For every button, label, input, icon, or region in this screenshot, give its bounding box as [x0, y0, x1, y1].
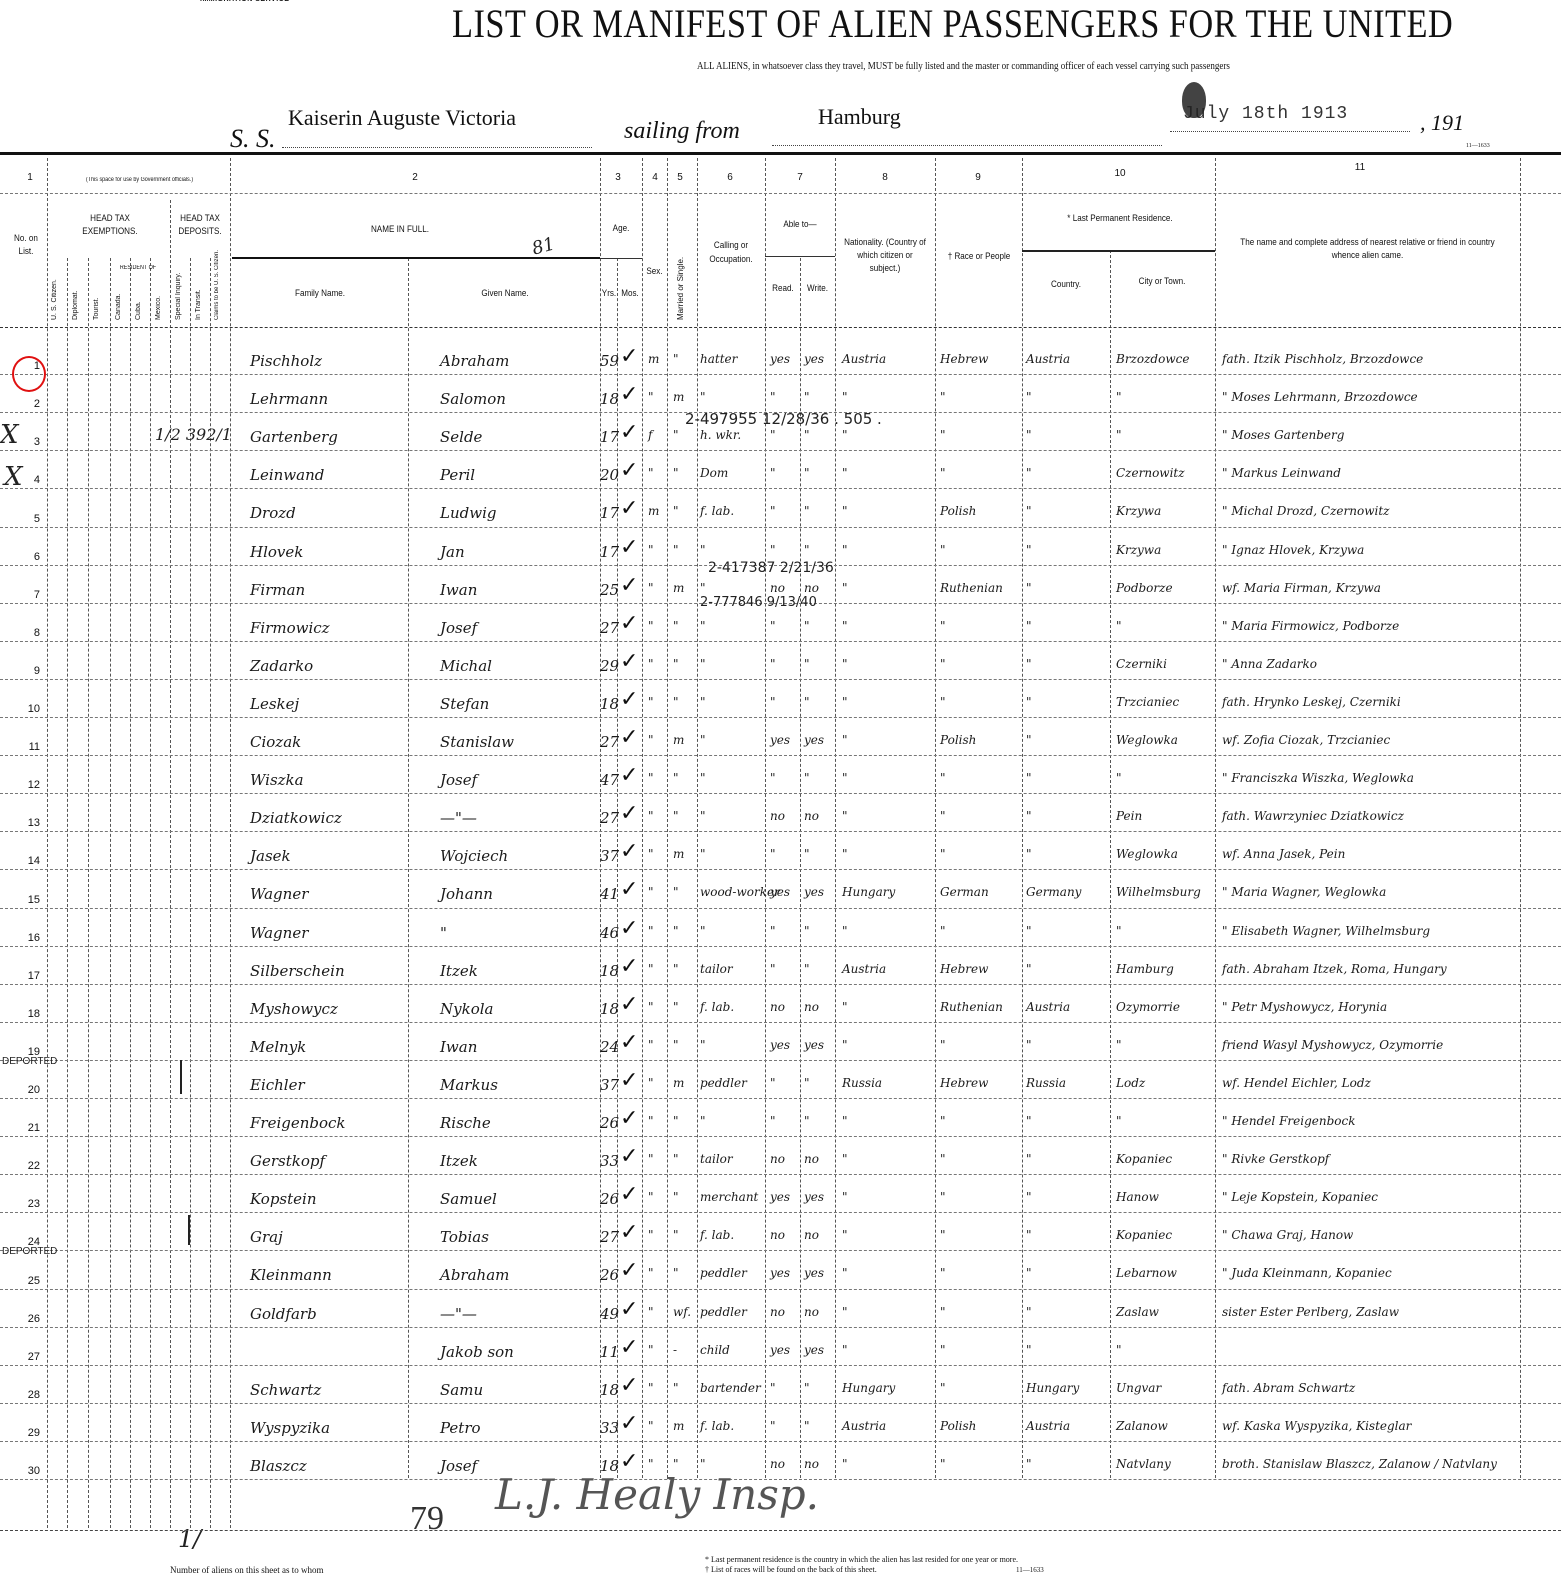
- document-subtitle: ALL ALIENS, in whatsoever class they tra…: [697, 60, 1230, 72]
- read-cell: ": [770, 771, 776, 785]
- grid-line: [800, 258, 801, 1478]
- checkmark-icon: ✓: [620, 649, 638, 674]
- nationality-cell: ": [842, 733, 848, 747]
- country-cell: ": [1026, 733, 1032, 747]
- read-cell: ": [770, 1419, 776, 1433]
- city-cell: Kopaniec: [1116, 1152, 1172, 1166]
- race-cell: ": [940, 809, 946, 823]
- age-cell: 17: [600, 428, 619, 446]
- sailing-date: July 18th 1913: [1183, 104, 1348, 124]
- checkmark-icon: ✓: [620, 573, 638, 598]
- read-cell: yes: [770, 733, 790, 747]
- family-name-cell: Ciozak: [250, 733, 301, 751]
- row-number: 12: [10, 779, 40, 791]
- row-rule: [0, 1174, 1561, 1175]
- marital-status-cell: ": [673, 543, 679, 557]
- row-number: 23: [10, 1198, 40, 1210]
- column-number: 8: [875, 172, 895, 183]
- checkmark-icon: ✓: [620, 1068, 638, 1093]
- marital-status-cell: ": [673, 619, 679, 633]
- row-rule: [0, 831, 1561, 832]
- grid-line: [765, 158, 766, 1478]
- age-cell: 18: [600, 1000, 619, 1018]
- read-cell: no: [770, 1305, 785, 1319]
- row-rule: [0, 908, 1561, 909]
- nationality-cell: ": [842, 390, 848, 404]
- race-cell: Polish: [940, 504, 976, 518]
- family-name-cell: Gartenberg: [250, 428, 338, 446]
- row-number: 6: [10, 551, 40, 563]
- read-cell: ": [770, 657, 776, 671]
- marital-status-cell: ": [673, 466, 679, 480]
- occupation-cell: ": [700, 657, 706, 671]
- race-cell: ": [940, 1152, 946, 1166]
- certificate-stamp: 2-777846 9/13/40: [700, 595, 817, 610]
- certificate-stamp: 2-417387 2/21/36: [708, 560, 834, 576]
- marital-status-cell: ": [673, 1266, 679, 1280]
- row-number: 11: [10, 741, 40, 753]
- nationality-cell: ": [842, 1000, 848, 1014]
- family-name-cell: Wiszka: [250, 771, 304, 789]
- tally-mark: [188, 1215, 190, 1245]
- marital-status-cell: ": [673, 1000, 679, 1014]
- column-number: 6: [720, 172, 740, 183]
- sex-cell: ": [648, 885, 654, 899]
- row-number: 26: [10, 1313, 40, 1325]
- row-rule: [0, 793, 1561, 794]
- given-name-cell: —"—: [440, 1305, 477, 1323]
- write-cell: no: [804, 809, 819, 823]
- occupation-cell: ": [700, 733, 706, 747]
- read-cell: ": [770, 847, 776, 861]
- nationality-cell: Austria: [842, 352, 886, 366]
- country-cell: ": [1026, 581, 1032, 595]
- city-cell: Lodz: [1116, 1076, 1145, 1090]
- race-cell: ": [940, 924, 946, 938]
- family-name-cell: Jasek: [250, 847, 291, 865]
- city-header: City or Town.: [1117, 275, 1207, 288]
- nationality-cell: ": [842, 466, 848, 480]
- relative-cell: " Leje Kopstein, Kopaniec: [1222, 1190, 1378, 1204]
- given-name-cell: Johann: [440, 885, 493, 903]
- name-in-full-header: NAME IN FULL.: [337, 223, 463, 236]
- checkmark-icon: ✓: [620, 1335, 638, 1360]
- race-cell: ": [940, 695, 946, 709]
- sex-cell: ": [648, 1457, 654, 1471]
- sex-cell: ": [648, 1228, 654, 1242]
- read-cell: ": [770, 1076, 776, 1090]
- marital-status-cell: ": [673, 885, 679, 899]
- given-name-cell: Abraham: [440, 1266, 509, 1284]
- nationality-cell: ": [842, 504, 848, 518]
- checkmark-icon: ✓: [620, 1220, 638, 1245]
- head-tax-deposits-header: HEAD TAX DEPOSITS.: [175, 212, 225, 238]
- age-cell: 27: [600, 619, 619, 637]
- sex-header: Sex.: [643, 265, 666, 278]
- relative-cell: " Ignaz Hlovek, Krzywa: [1222, 543, 1364, 557]
- row-rule: [0, 374, 1561, 375]
- occupation-cell: f. lab.: [700, 1228, 734, 1242]
- checkmark-icon: ✓: [620, 763, 638, 788]
- family-name-cell: Lehrmann: [250, 390, 328, 408]
- nationality-cell: ": [842, 809, 848, 823]
- country-cell: ": [1026, 543, 1032, 557]
- relative-cell: wf. Anna Jasek, Pein: [1222, 847, 1345, 861]
- family-name-cell: Goldfarb: [250, 1305, 317, 1323]
- race-cell: ": [940, 1343, 946, 1357]
- city-cell: Krzywa: [1116, 504, 1161, 518]
- marital-status-cell: wf.: [673, 1305, 691, 1319]
- write-cell: no: [804, 1000, 819, 1014]
- occupation-cell: peddler: [700, 1076, 747, 1090]
- write-cell: no: [804, 581, 819, 595]
- relative-cell: " Anna Zadarko: [1222, 657, 1317, 671]
- nationality-header: Nationality. (Country of which citizen o…: [843, 236, 928, 275]
- country-cell: ": [1026, 1190, 1032, 1204]
- row-rule: [0, 717, 1561, 718]
- row-rule: [0, 1250, 1561, 1251]
- grid-line: [210, 258, 211, 1528]
- column-number: 11: [1350, 162, 1370, 173]
- race-cell: ": [940, 1305, 946, 1319]
- write-cell: no: [804, 1305, 819, 1319]
- column-number: 2: [405, 172, 425, 183]
- head-tax-exemptions-header: HEAD TAX EXEMPTIONS.: [74, 212, 146, 238]
- sex-cell: ": [648, 1419, 654, 1433]
- in-transit-header: In Transit.: [195, 266, 202, 320]
- tally-mark: [180, 1060, 182, 1094]
- city-cell: Natvlany: [1116, 1457, 1171, 1471]
- header-rule: [1022, 250, 1215, 252]
- age-cell: 37: [600, 1076, 619, 1094]
- relative-cell: " Maria Firmowicz, Podborze: [1222, 619, 1399, 633]
- header-rule: [600, 258, 642, 259]
- race-cell: Hebrew: [940, 962, 988, 976]
- checkmark-icon: ✓: [620, 1030, 638, 1055]
- ss-label: S. S.: [230, 124, 276, 154]
- checkmark-icon: ✓: [620, 535, 638, 560]
- read-cell: ": [770, 695, 776, 709]
- write-cell: ": [804, 695, 810, 709]
- write-cell: yes: [804, 1190, 824, 1204]
- write-cell: ": [804, 390, 810, 404]
- marital-status-cell: ": [673, 924, 679, 938]
- nationality-cell: ": [842, 1228, 848, 1242]
- deported-stamp: DEPORTED: [2, 1056, 57, 1067]
- row-rule: [0, 984, 1561, 985]
- age-cell: 24: [600, 1038, 619, 1056]
- no-on-list-header: No. on List.: [10, 232, 42, 258]
- x-mark: X: [0, 420, 19, 450]
- nationality-cell: ": [842, 428, 848, 442]
- race-cell: ": [940, 1114, 946, 1128]
- race-cell: ": [940, 1228, 946, 1242]
- row-rule: [0, 755, 1561, 756]
- row-number: 9: [10, 665, 40, 677]
- age-cell: 29: [600, 657, 619, 675]
- marital-status-cell: ": [673, 771, 679, 785]
- relative-cell: fath. Wawrzyniec Dziatkowicz: [1222, 809, 1404, 823]
- deported-stamp: DEPORTED: [2, 1246, 57, 1257]
- age-cell: 46: [600, 924, 619, 942]
- column-number: 1: [20, 172, 40, 183]
- country-cell: ": [1026, 504, 1032, 518]
- city-cell: ": [1116, 1114, 1122, 1128]
- ship-name-line: [282, 147, 592, 148]
- family-name-cell: Eichler: [250, 1076, 305, 1094]
- row-rule: [0, 641, 1561, 642]
- read-cell: ": [770, 504, 776, 518]
- row-rule: [0, 1289, 1561, 1290]
- given-name-cell: Iwan: [440, 1038, 477, 1056]
- nationality-cell: ": [842, 543, 848, 557]
- given-name-cell: Josef: [440, 619, 477, 637]
- x-mark: X: [4, 462, 23, 492]
- sex-cell: ": [648, 695, 654, 709]
- relative-cell: wf. Hendel Eichler, Lodz: [1222, 1076, 1371, 1090]
- given-name-cell: Samuel: [440, 1190, 497, 1208]
- city-cell: ": [1116, 619, 1122, 633]
- family-name-cell: Kopstein: [250, 1190, 317, 1208]
- grid-line: [935, 158, 936, 1478]
- sex-cell: ": [648, 809, 654, 823]
- relative-cell: sister Ester Perlberg, Zaslaw: [1222, 1305, 1399, 1319]
- occupation-cell: child: [700, 1343, 730, 1357]
- nearest-relative-header: The name and complete address of nearest…: [1239, 236, 1496, 262]
- row-number: 17: [10, 970, 40, 982]
- grid-line: [1215, 158, 1216, 1478]
- write-cell: ": [804, 657, 810, 671]
- family-name-cell: Dziatkowicz: [250, 809, 342, 827]
- relative-cell: " Moses Lehrmann, Brzozdowce: [1222, 390, 1418, 404]
- city-cell: ": [1116, 771, 1122, 785]
- header-rule: [232, 257, 600, 259]
- age-cell: 18: [600, 1381, 619, 1399]
- occupation-cell: peddler: [700, 1305, 747, 1319]
- nationality-cell: ": [842, 771, 848, 785]
- given-name-cell: Jan: [440, 543, 465, 561]
- checkmark-icon: ✓: [620, 458, 638, 483]
- race-cell: ": [940, 1457, 946, 1471]
- age-cell: 59: [600, 352, 619, 370]
- race-cell: ": [940, 657, 946, 671]
- row-rule: [0, 1060, 1561, 1061]
- race-cell: Ruthenian: [940, 1000, 1003, 1014]
- mexico-header: Mexico.: [155, 270, 162, 320]
- read-cell: ": [770, 962, 776, 976]
- checkmark-icon: ✓: [620, 1182, 638, 1207]
- sex-cell: ": [648, 657, 654, 671]
- checkmark-icon: ✓: [620, 992, 638, 1017]
- family-name-cell: Wagner: [250, 885, 308, 903]
- relative-cell: " Petr Myshowycz, Horynia: [1222, 1000, 1387, 1014]
- country-cell: ": [1026, 1457, 1032, 1471]
- country-cell: ": [1026, 962, 1032, 976]
- occupation-cell: ": [700, 543, 706, 557]
- diplomat-header: Diplomat.: [72, 270, 79, 320]
- checkmark-icon: ✓: [620, 839, 638, 864]
- city-cell: Brzozdowce: [1116, 352, 1189, 366]
- occupation-cell: ": [700, 1457, 706, 1471]
- country-cell: ": [1026, 1266, 1032, 1280]
- city-cell: Wilhelmsburg: [1116, 885, 1201, 899]
- row-number: 30: [10, 1465, 40, 1477]
- checkmark-icon: ✓: [620, 725, 638, 750]
- read-cell: ": [770, 390, 776, 404]
- race-cell: German: [940, 885, 989, 899]
- occupation-cell: bartender: [700, 1381, 761, 1395]
- read-cell: yes: [770, 1266, 790, 1280]
- checkmark-icon: ✓: [620, 1106, 638, 1131]
- row-number: 5: [10, 513, 40, 525]
- city-cell: ": [1116, 1038, 1122, 1052]
- read-cell: ": [770, 1381, 776, 1395]
- city-cell: Zaslaw: [1116, 1305, 1159, 1319]
- write-cell: ": [804, 962, 810, 976]
- given-name-cell: Rische: [440, 1114, 491, 1132]
- relative-cell: " Franciszka Wiszka, Weglowka: [1222, 771, 1414, 785]
- country-cell: ": [1026, 1228, 1032, 1242]
- relative-cell: fath. Abram Schwartz: [1222, 1381, 1355, 1395]
- row-rule: [0, 1403, 1561, 1404]
- grid-line: [190, 258, 191, 1528]
- occupation-cell: f. lab.: [700, 1419, 734, 1433]
- age-cell: 17: [600, 504, 619, 522]
- column-number: 10: [1110, 168, 1130, 179]
- nationality-cell: Austria: [842, 962, 886, 976]
- read-cell: no: [770, 1457, 785, 1471]
- relative-cell: " Juda Kleinmann, Kopaniec: [1222, 1266, 1392, 1280]
- checkmark-icon: ✓: [620, 1297, 638, 1322]
- marital-status-cell: ": [673, 1190, 679, 1204]
- port-of-departure: Hamburg: [818, 104, 901, 130]
- nationality-cell: ": [842, 1266, 848, 1280]
- country-cell: ": [1026, 695, 1032, 709]
- relative-cell: fath. Itzik Pischholz, Brzozdowce: [1222, 352, 1423, 366]
- city-cell: Podborze: [1116, 581, 1173, 595]
- family-name-cell: Freigenbock: [250, 1114, 346, 1132]
- city-cell: Kopaniec: [1116, 1228, 1172, 1242]
- checkmark-icon: ✓: [620, 954, 638, 979]
- race-cell: ": [940, 390, 946, 404]
- year-label: , 191: [1420, 110, 1464, 136]
- family-name-cell: Schwartz: [250, 1381, 321, 1399]
- country-cell: Austria: [1026, 352, 1070, 366]
- sex-cell: f: [648, 428, 652, 442]
- country-cell: ": [1026, 1305, 1032, 1319]
- row-rule: [0, 1098, 1561, 1099]
- marital-status-cell: ": [673, 1381, 679, 1395]
- country-cell: Germany: [1026, 885, 1081, 899]
- marital-status-cell: ": [673, 1038, 679, 1052]
- race-cell: Ruthenian: [940, 581, 1003, 595]
- given-name-cell: Abraham: [440, 352, 509, 370]
- sex-cell: ": [648, 733, 654, 747]
- race-cell: ": [940, 1381, 946, 1395]
- occupation-cell: hatter: [700, 352, 737, 366]
- city-cell: Trzcianiec: [1116, 695, 1179, 709]
- read-cell: yes: [770, 1038, 790, 1052]
- read-cell: ": [770, 466, 776, 480]
- write-cell: ": [804, 543, 810, 557]
- race-cell: Polish: [940, 1419, 976, 1433]
- row-rule: [0, 488, 1561, 489]
- given-name-cell: Tobias: [440, 1228, 489, 1246]
- nationality-cell: ": [842, 657, 848, 671]
- given-name-cell: Josef: [440, 1457, 477, 1475]
- marital-status-cell: ": [673, 352, 679, 366]
- race-cell: ": [940, 847, 946, 861]
- checkmark-icon: ✓: [620, 916, 638, 941]
- relative-cell: wf. Zofia Ciozak, Trzcianiec: [1222, 733, 1390, 747]
- race-cell: ": [940, 466, 946, 480]
- age-cell: 18: [600, 695, 619, 713]
- family-name-cell: Firmowicz: [250, 619, 330, 637]
- write-cell: ": [804, 924, 810, 938]
- city-cell: Ozymorrie: [1116, 1000, 1180, 1014]
- nationality-cell: ": [842, 619, 848, 633]
- read-cell: ": [770, 428, 776, 442]
- grid-line: [667, 158, 668, 1478]
- occupation-cell: peddler: [700, 1266, 747, 1280]
- row-number: 28: [10, 1389, 40, 1401]
- relative-cell: fath. Hrynko Leskej, Czerniki: [1222, 695, 1401, 709]
- column-number: 5: [670, 172, 690, 183]
- nationality-cell: Hungary: [842, 885, 895, 899]
- country-cell: ": [1026, 466, 1032, 480]
- age-cell: 26: [600, 1266, 619, 1284]
- read-cell: ": [770, 924, 776, 938]
- nationality-cell: ": [842, 1152, 848, 1166]
- calling-occupation-header: Calling or Occupation.: [703, 238, 759, 266]
- grid-line: [0, 193, 1561, 194]
- write-header: Write.: [803, 282, 833, 295]
- age-cell: 33: [600, 1419, 619, 1437]
- checkmark-icon: ✓: [620, 611, 638, 636]
- grid-line: [1520, 158, 1521, 1478]
- grid-line: [697, 158, 698, 1478]
- document-title: LIST OR MANIFEST OF ALIEN PASSENGERS FOR…: [452, 0, 1453, 47]
- ink-blot: [1182, 82, 1206, 118]
- sex-cell: ": [648, 847, 654, 861]
- row-rule: [0, 946, 1561, 947]
- race-cell: Polish: [940, 733, 976, 747]
- given-name-cell: Stanislaw: [440, 733, 514, 751]
- country-cell: ": [1026, 771, 1032, 785]
- family-name-cell: Wagner: [250, 924, 308, 942]
- grid-line: [130, 258, 131, 1528]
- sex-cell: ": [648, 924, 654, 938]
- row-number: 8: [10, 627, 40, 639]
- sex-cell: ": [648, 466, 654, 480]
- country-header: Country.: [1029, 278, 1103, 291]
- relative-cell: " Elisabeth Wagner, Wilhelmsburg: [1222, 924, 1430, 938]
- checkmark-icon: ✓: [620, 801, 638, 826]
- checkmark-icon: ✓: [620, 1258, 638, 1283]
- footnote-races: † List of races will be found on the bac…: [705, 1565, 877, 1574]
- footnote-residence: * Last permanent residence is the countr…: [705, 1555, 1018, 1564]
- city-cell: Hanow: [1116, 1190, 1159, 1204]
- head-tax-note: 1/2 392/1: [155, 425, 232, 444]
- row-number: 22: [10, 1160, 40, 1172]
- write-cell: ": [804, 504, 810, 518]
- nationality-cell: ": [842, 581, 848, 595]
- given-name-cell: ": [440, 924, 447, 942]
- marital-status-cell: ": [673, 1114, 679, 1128]
- read-cell: no: [770, 1228, 785, 1242]
- marital-status-cell: m: [673, 581, 684, 595]
- given-name-cell: Selde: [440, 428, 482, 446]
